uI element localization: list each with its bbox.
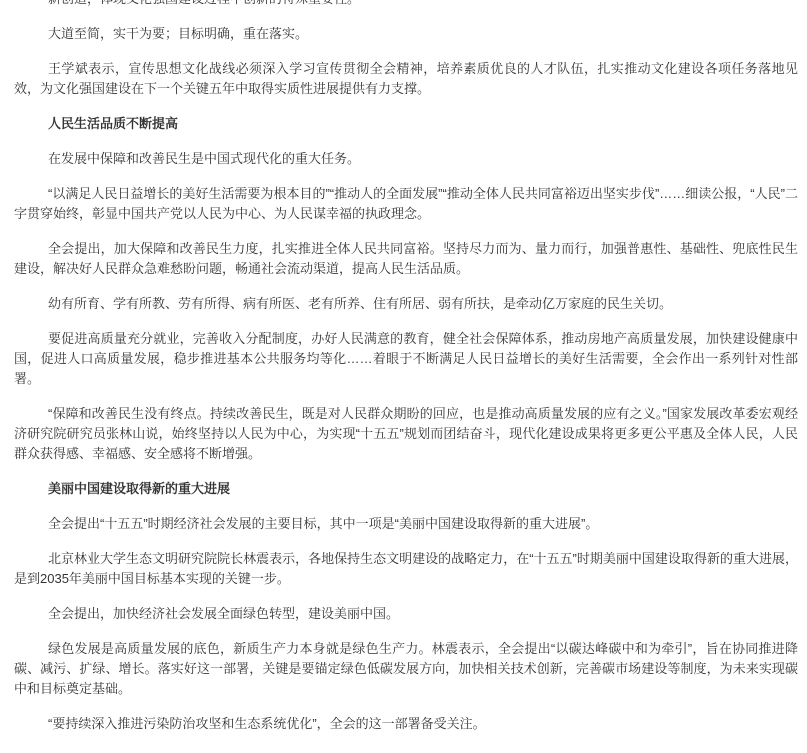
article-paragraph: “要持续深入推进污染防治攻坚和生态系统优化”，全会的这一部署备受关注。 <box>14 714 798 734</box>
section-heading: 人民生活品质不断提高 <box>14 114 798 134</box>
article-paragraph: 全会提出，加大保障和改善民生力度，扎实推进全体人民共同富裕。坚持尽力而为、量力而… <box>14 239 798 279</box>
section-heading: 美丽中国建设取得新的重大进展 <box>14 479 798 499</box>
article-paragraph: “保障和改善民生没有终点。持续改善民生，既是对人民群众期盼的回应，也是推动高质量… <box>14 404 798 464</box>
article-paragraph: “以满足人民日益增长的美好生活需要为根本目的”“推动人的全面发展”“推动全体人民… <box>14 184 798 224</box>
article-paragraph: 全会提出，加快经济社会发展全面绿色转型，建设美丽中国。 <box>14 604 798 624</box>
article-page: 新创造，体现文化强国建设过程中创新的特殊重要性。 大道至简，实干为要；目标明确，… <box>0 0 807 734</box>
article-paragraph: 北京林业大学生态文明研究院院长林震表示，各地保持生态文明建设的战略定力，在“十五… <box>14 549 798 589</box>
article-paragraph: 新创造，体现文化强国建设过程中创新的特殊重要性。 <box>14 0 798 9</box>
article-paragraph: 绿色发展是高质量发展的底色，新质生产力本身就是绿色生产力。林震表示，全会提出“以… <box>14 639 798 699</box>
article-paragraph: 幼有所育、学有所教、劳有所得、病有所医、老有所养、住有所居、弱有所扶，是牵动亿万… <box>14 294 798 314</box>
article-paragraph: 王学斌表示，宣传思想文化战线必须深入学习宣传贯彻全会精神，培养素质优良的人才队伍… <box>14 59 798 99</box>
article-paragraph: 要促进高质量充分就业，完善收入分配制度，办好人民满意的教育，健全社会保障体系，推… <box>14 329 798 389</box>
article-paragraph: 大道至简，实干为要；目标明确，重在落实。 <box>14 24 798 44</box>
article-paragraph: 全会提出“十五五”时期经济社会发展的主要目标，其中一项是“美丽中国建设取得新的重… <box>14 514 798 534</box>
article-paragraph: 在发展中保障和改善民生是中国式现代化的重大任务。 <box>14 149 798 169</box>
